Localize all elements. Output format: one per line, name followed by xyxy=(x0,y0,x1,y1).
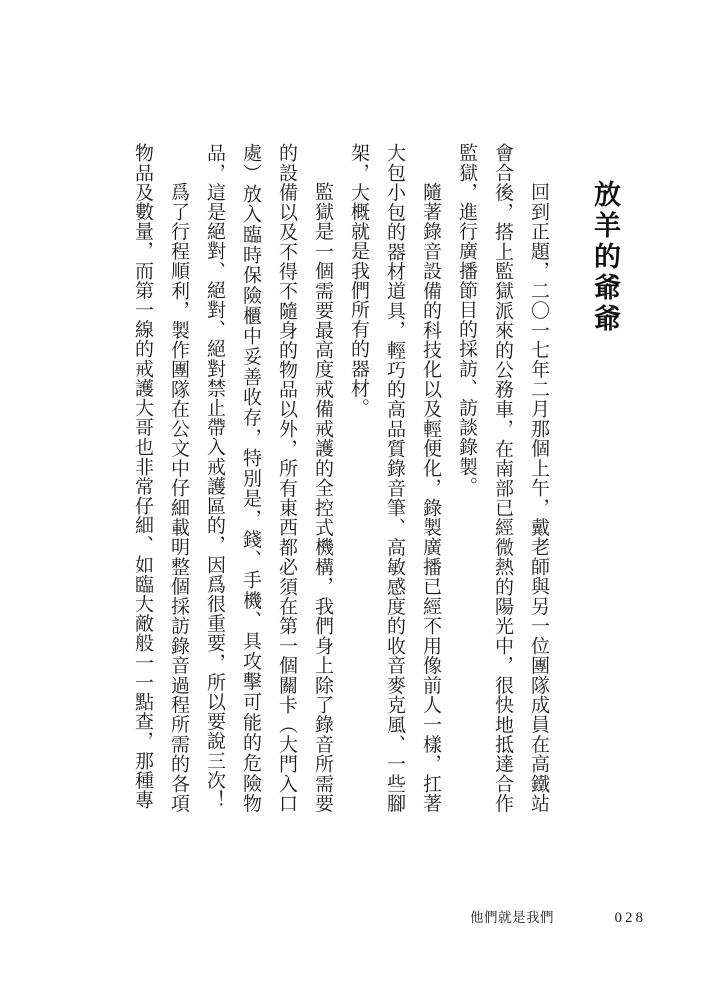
body-paragraph-1: 回到正題，二〇一七年二月那個上午，戴老師與另一位團隊成員在高鐵站會合後，搭上監獄… xyxy=(448,143,556,813)
page-number: 028 xyxy=(615,910,647,927)
chapter-title: 放羊的爺爺 xyxy=(588,143,622,813)
running-title: 他們就是我們 xyxy=(470,906,554,926)
body-paragraph-3: 監獄是一個需要最高度戒備戒護的全控式機構，我們身上除了錄音所需要的設備以及不得不… xyxy=(196,143,340,813)
body-paragraph-2: 隨著錄音設備的科技化以及輕便化，錄製廣播已經不用像前人一樣，扛著大包小包的器材道… xyxy=(340,143,448,813)
page-footer: 他們就是我們 028 xyxy=(470,906,646,927)
page-content: 放羊的爺爺 回到正題，二〇一七年二月那個上午，戴老師與另一位團隊成員在高鐵站會合… xyxy=(124,143,622,813)
body-paragraph-4: 爲了行程順利，製作團隊在公文中仔細載明整個採訪錄音過程所需的各項物品及數量，而第… xyxy=(124,143,196,813)
book-page: 放羊的爺爺 回到正題，二〇一七年二月那個上午，戴老師與另一位團隊成員在高鐵站會合… xyxy=(0,0,711,1000)
